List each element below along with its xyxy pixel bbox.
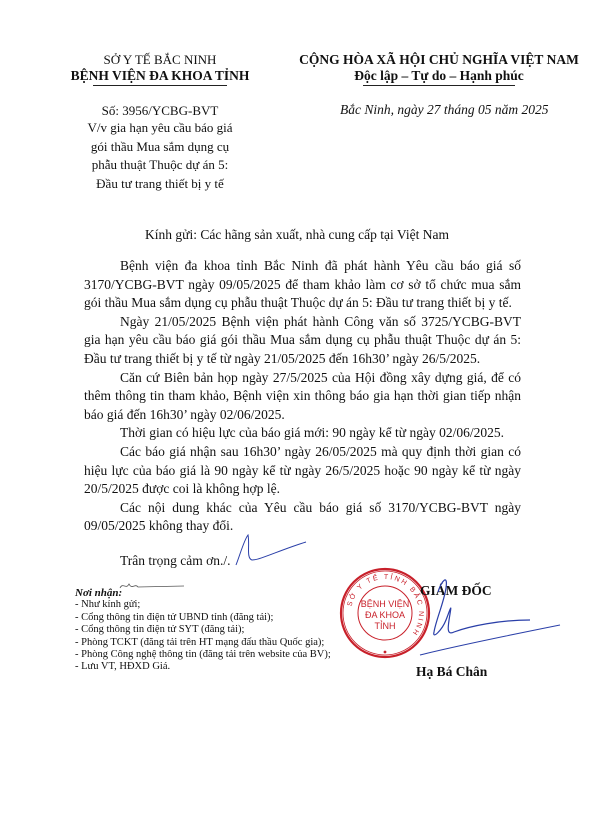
organization-name: BỆNH VIỆN ĐA KHOA TỈNH (60, 68, 260, 84)
issuing-organization-header: SỞ Y TẾ BẮC NINH BỆNH VIỆN ĐA KHOA TỈNH (60, 52, 260, 86)
place-date: Bắc Ninh, ngày 27 tháng 05 năm 2025 (340, 102, 549, 118)
recipient-line: Kính gửi: Các hãng sản xuất, nhà cung cấ… (60, 227, 534, 243)
header-underline (93, 85, 227, 86)
national-header: CỘNG HÒA XÃ HỘI CHỦ NGHĨA VIỆT NAM Độc l… (296, 52, 582, 86)
body-paragraph: Căn cứ Biên bản họp ngày 27/5/2025 của H… (84, 369, 521, 425)
subject-line: gói thầu Mua sắm dụng cụ (60, 138, 260, 157)
stamp-line: TỈNH (375, 620, 396, 631)
stamp-line: ĐA KHOA (365, 610, 405, 620)
department-name: SỞ Y TẾ BẮC NINH (60, 52, 260, 68)
recipient-item: - Cổng thông tin điện tử SYT (đăng tải); (75, 624, 375, 636)
country-name: CỘNG HÒA XÃ HỘI CHỦ NGHĨA VIỆT NAM (296, 52, 582, 68)
letter-body: Bệnh viện đa khoa tỉnh Bắc Ninh đã phát … (84, 257, 521, 536)
subject-line: V/v gia hạn yêu cầu báo giá (60, 119, 260, 138)
body-paragraph: Thời gian có hiệu lực của báo giá mới: 9… (84, 424, 521, 443)
signature-title: GIÁM ĐỐC (420, 583, 492, 599)
official-stamp: SỞ Y TẾ TỈNH BẮC NINH BỆNH VIỆN ĐA KHOA … (339, 567, 431, 659)
recipient-item: - Phòng TCKT (đăng tải trên HT mạng đấu … (75, 637, 375, 649)
recipient-item: - Phòng Công nghệ thông tin (đăng tải tr… (75, 649, 375, 661)
stamp-line: BỆNH VIỆN (361, 599, 410, 609)
recipient-item: - Lưu VT, HĐXD Giá. (75, 661, 375, 673)
recipients-block: Nơi nhận: - Như kính gửi; - Cổng thông t… (75, 587, 375, 674)
signer-name: Hạ Bá Chân (416, 664, 487, 680)
motto-underline (363, 85, 515, 86)
recipient-item: - Cổng thông tin điện tử UBND tỉnh (đăng… (75, 612, 375, 624)
subject-line: Đầu tư trang thiết bị y tế (60, 175, 260, 194)
national-motto: Độc lập – Tự do – Hạnh phúc (296, 68, 582, 84)
initial-scribble-icon (230, 520, 310, 570)
body-paragraph: Bệnh viện đa khoa tỉnh Bắc Ninh đã phát … (84, 257, 521, 313)
document-number: Số: 3956/YCBG-BVT (60, 103, 260, 119)
document-subject: V/v gia hạn yêu cầu báo giá gói thầu Mua… (60, 119, 260, 193)
body-paragraph: Ngày 21/05/2025 Bệnh viện phát hành Công… (84, 313, 521, 369)
initials-mark-icon (118, 580, 188, 594)
subject-line: phẫu thuật Thuộc dự án 5: (60, 156, 260, 175)
recipient-item: - Như kính gửi; (75, 599, 375, 611)
closing-line: Trân trọng cảm ơn./. (120, 553, 231, 569)
body-paragraph: Các báo giá nhận sau 16h30’ ngày 26/05/2… (84, 443, 521, 499)
